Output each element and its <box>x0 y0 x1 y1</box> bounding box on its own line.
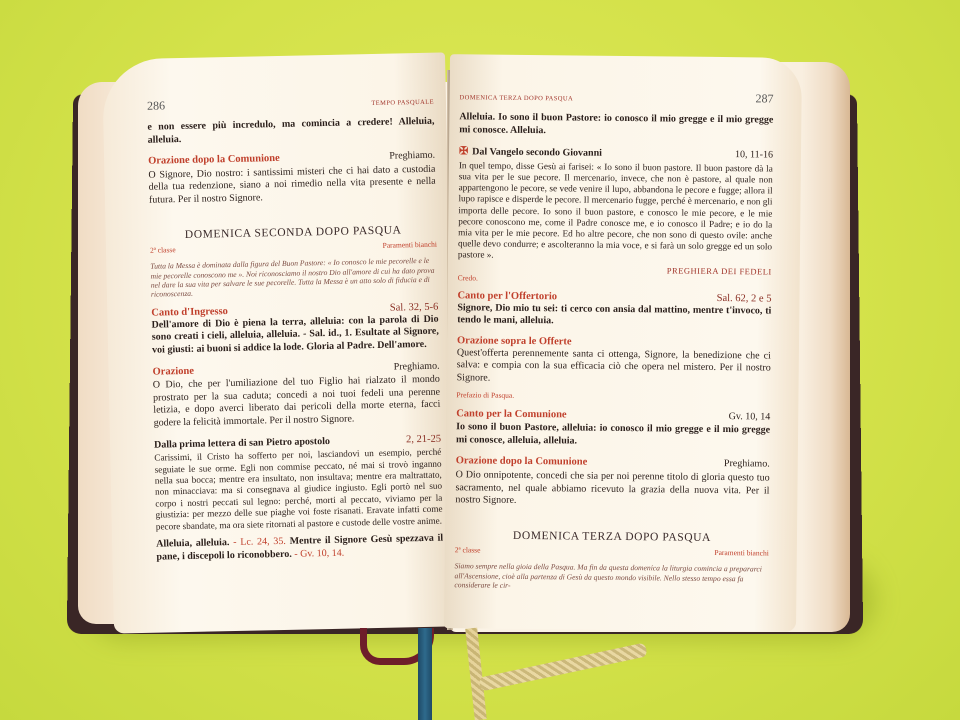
left-running-head: 286 TEMPO PASQUALE <box>147 93 434 114</box>
section-text: Signore, Dio mio tu sei: ti cerco con an… <box>457 302 771 330</box>
running-title: TEMPO PASQUALE <box>371 99 434 107</box>
feast-class-row: 2ª classe Paramenti bianchi <box>455 545 769 557</box>
section-text: O Dio onnipotente, concedi che sia per n… <box>455 469 769 510</box>
section-ref: Preghiamo. <box>724 458 770 471</box>
feast-class: 2ª classe <box>455 545 481 554</box>
section-heading: Orazione sopra le Offerte <box>457 335 572 347</box>
section-ref: Gv. 10, 14 <box>729 411 771 424</box>
feast-title: DOMENICA TERZA DOPO PASQUA <box>455 529 769 544</box>
section-text: Dell'amore di Dio è piena la terra, alle… <box>151 313 439 357</box>
section-heading: Orazione dopo la Comunione <box>456 456 588 468</box>
cross-icon: ✠ <box>459 145 468 157</box>
section-heading: Orazione <box>152 365 194 377</box>
section-text: Io sono il buon Pastore, alleluia: io co… <box>456 421 770 449</box>
page-number: 287 <box>755 91 773 106</box>
section-ref: Preghiamo. <box>389 150 435 164</box>
gold-ribbon-bookmark[interactable] <box>465 628 487 720</box>
gospel-text: In quel tempo, disse Gesù ai farisei: « … <box>458 160 773 264</box>
running-title: DOMENICA TERZA DOPO PASQUA <box>460 94 574 102</box>
left-page: 286 TEMPO PASQUALE e non essere più incr… <box>102 52 457 633</box>
section-heading: Orazione dopo la Comunione <box>148 153 280 167</box>
blue-ribbon-bookmark[interactable] <box>418 628 432 720</box>
preface-label: Prefazio di Pasqua. <box>456 390 770 402</box>
feast-intro: Siamo sempre nella gioia della Pasqua. M… <box>454 562 768 594</box>
section-ref: Sal. 62, 2 e 5 <box>717 293 772 305</box>
feast-title: DOMENICA SECONDA DOPO PASQUA <box>150 223 437 241</box>
section-heading: Canto per la Comunione <box>456 408 566 420</box>
feast-vestments: Paramenti bianchi <box>714 548 768 558</box>
section-ref: Preghiamo. <box>394 360 440 374</box>
section-heading: Canto per l'Offertorio <box>457 290 557 302</box>
opening-text: Alleluia. Io sono il buon Pastore: io co… <box>459 111 773 139</box>
opening-text: e non essere più incredulo, ma comincia … <box>147 116 434 147</box>
right-running-head: DOMENICA TERZA DOPO PASQUA 287 <box>460 88 774 106</box>
right-page: DOMENICA TERZA DOPO PASQUA 287 Alleluia.… <box>444 54 802 632</box>
section-text: O Signore, Dio nostro: i santissimi mist… <box>148 163 436 207</box>
feast-class-row: 2ª classe Paramenti bianchi <box>150 239 437 254</box>
gospel-heading: ✠Dal Vangelo secondo Giovanni <box>459 145 602 160</box>
section-ref: 2, 21-25 <box>406 433 441 445</box>
alleluia-ref-a: - Lc. 24, 35. <box>233 536 286 548</box>
alleluia-verse: Alleluia, alleluia. - Lc. 24, 35. Mentre… <box>156 533 443 564</box>
gospel-ref: 10, 11-16 <box>735 149 773 162</box>
section-text: O Dio, che per l'umiliazione del tuo Fig… <box>153 374 441 430</box>
section-text: Quest'offerta perennemente santa ci otte… <box>457 347 771 388</box>
feast-intro: Tutta la Messa è dominata dalla figura d… <box>150 256 438 300</box>
alleluia-ref-b: - Gv. 10, 14. <box>294 547 344 559</box>
section-ref: Sal. 32, 5-6 <box>390 301 439 313</box>
gold-ribbon-bookmark-tail[interactable] <box>478 642 647 691</box>
page-number: 286 <box>147 98 165 113</box>
section-heading: Canto d'Ingresso <box>151 306 228 319</box>
feast-vestments: Paramenti bianchi <box>383 239 438 249</box>
section-text: Carissimi, il Cristo ha sofferto per noi… <box>154 447 443 533</box>
alleluia-text-a: Alleluia, alleluia. <box>156 537 229 550</box>
feast-class: 2ª classe <box>150 245 176 255</box>
